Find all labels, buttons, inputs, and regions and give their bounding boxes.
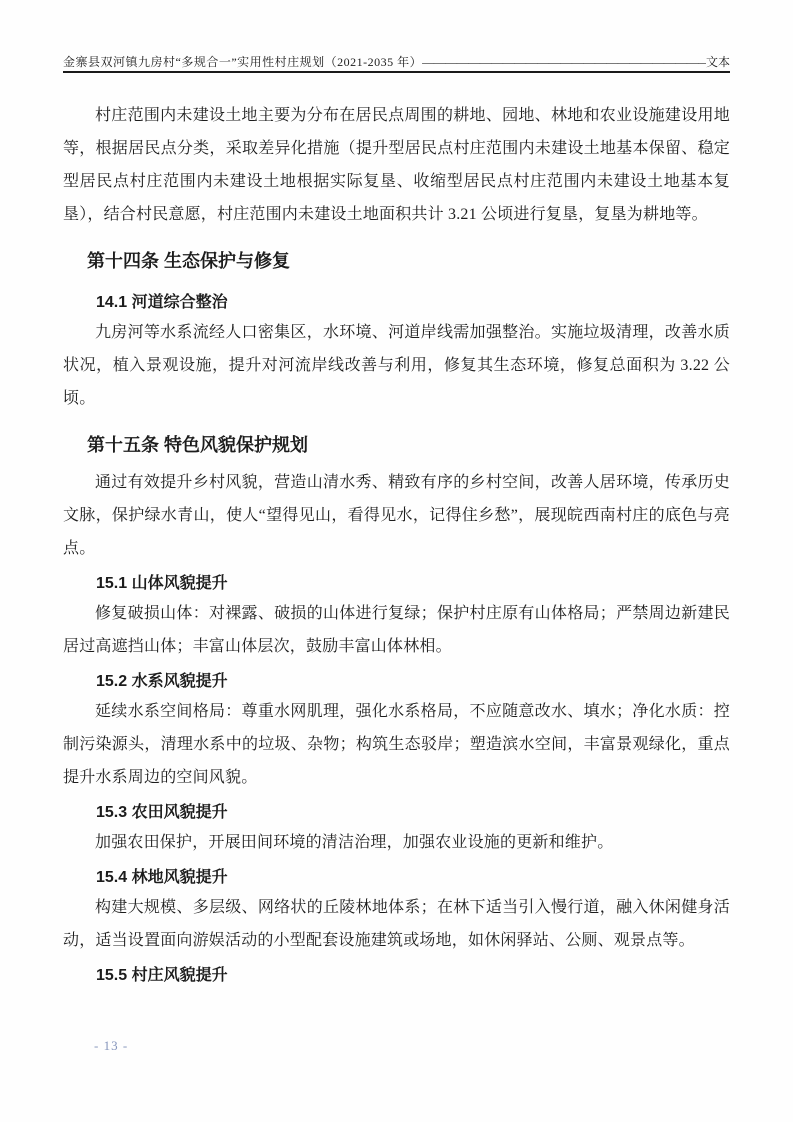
header-dash-fill: ——————————————————————————: [422, 54, 706, 70]
subheading-15-1: 15.1 山体风貌提升: [96, 571, 730, 597]
paragraph-unbuilt-land: 村庄范围内未建设土地主要为分布在居民点周围的耕地、园地、林地和农业设施建设用地等…: [63, 99, 730, 231]
heading-article-14: 第十四条 生态保护与修复: [87, 247, 730, 275]
document-page: 金寨县双河镇九房村“多规合一”实用性村庄规划（2021-2035 年） ————…: [0, 0, 793, 1122]
subheading-15-2: 15.2 水系风貌提升: [96, 669, 730, 695]
subheading-15-4: 15.4 林地风貌提升: [96, 865, 730, 891]
page-header: 金寨县双河镇九房村“多规合一”实用性村庄规划（2021-2035 年） ————…: [63, 0, 730, 73]
header-title: 金寨县双河镇九房村“多规合一”实用性村庄规划（2021-2035 年）: [63, 54, 422, 70]
paragraph-forest-style: 构建大规模、多层级、网络状的丘陵林地体系；在林下适当引入慢行道，融入休闲健身活动…: [63, 891, 730, 957]
paragraph-mountain-style: 修复破损山体：对裸露、破损的山体进行复绿；保护村庄原有山体格局；严禁周边新建民居…: [63, 597, 730, 663]
document-body: 村庄范围内未建设土地主要为分布在居民点周围的耕地、园地、林地和农业设施建设用地等…: [63, 73, 730, 989]
subheading-15-5: 15.5 村庄风貌提升: [96, 963, 730, 989]
paragraph-water-style: 延续水系空间格局：尊重水网肌理，强化水系格局，不应随意改水、填水；净化水质：控制…: [63, 695, 730, 794]
paragraph-river-regulation: 九房河等水系流经人口密集区，水环境、河道岸线需加强整治。实施垃圾清理，改善水质状…: [63, 316, 730, 415]
paragraph-farmland-style: 加强农田保护，开展田间环境的清洁治理，加强农业设施的更新和维护。: [63, 826, 730, 859]
subheading-14-1: 14.1 河道综合整治: [96, 290, 730, 316]
subheading-15-3: 15.3 农田风貌提升: [96, 800, 730, 826]
page-footer: - 13 -: [94, 1038, 128, 1053]
header-doc-type-label: 文本: [706, 54, 730, 70]
heading-article-15: 第十五条 特色风貌保护规划: [87, 431, 730, 459]
page-number: - 13 -: [94, 1038, 128, 1053]
paragraph-style-overview: 通过有效提升乡村风貌，营造山清水秀、精致有序的乡村空间，改善人居环境，传承历史文…: [63, 466, 730, 565]
